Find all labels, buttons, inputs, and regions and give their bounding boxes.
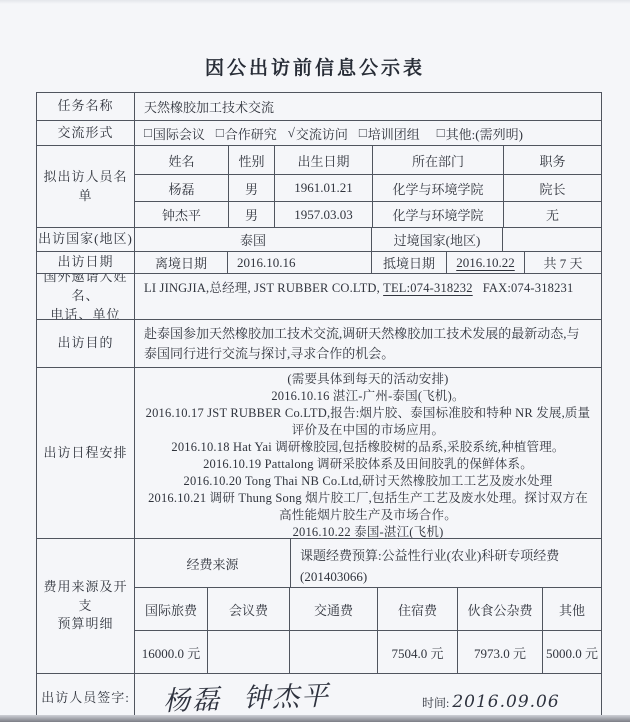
option-training-group: □ 培训团组 bbox=[359, 124, 420, 143]
schedule-line: 2016.10.19 Pattalong 调研采胶体系及田间胶乳的保鲜体系。 bbox=[142, 456, 594, 473]
schedule-line: 2016.10.17 JST RUBBER Co.LTD,报告:烟片胶、泰国标准… bbox=[142, 405, 594, 439]
destination-value: 泰国 bbox=[134, 228, 371, 251]
option-international-conference: □ 国际会议 bbox=[144, 124, 205, 143]
task-name-row: 任务名称 天然橡胶加工技术交流 bbox=[37, 93, 601, 120]
schedule-label: 出访日程安排 bbox=[37, 368, 134, 538]
budget-header-row: 国际旅费 会议费 交通费 住宿费 伙食公杂费 其他 bbox=[135, 587, 601, 630]
schedule-line: 2016.10.20 Tong Thai NB Co.Ltd,研讨天然橡胶加工工… bbox=[142, 473, 594, 490]
dates-label: 出访日期 bbox=[37, 252, 134, 273]
option-cooperative-research: □ 合作研究 bbox=[216, 124, 277, 143]
departure-date-label: 离境日期 bbox=[134, 252, 227, 273]
budget-value-lodging: 7504.0 元 bbox=[377, 631, 457, 673]
option-other: □ 其他:(需列明) bbox=[437, 124, 523, 143]
scan-edge-bottom bbox=[0, 715, 630, 722]
trip-duration: 共 7 天 bbox=[524, 252, 601, 273]
destination-row: 出访国家(地区) 泰国 过境国家(地区) bbox=[37, 227, 601, 251]
person-name: 钟杰平 bbox=[135, 202, 228, 227]
transit-value bbox=[502, 228, 601, 251]
purpose-label: 出访目的 bbox=[37, 320, 134, 367]
person-position: 无 bbox=[503, 202, 601, 227]
exchange-type-options: □ 国际会议 □ 合作研究 √ 交流访问 □ 培训团组 □ 其他:(需列明) bbox=[134, 121, 601, 145]
inviter-label: 国外邀请人姓名、 电话、单位 bbox=[37, 274, 134, 319]
inviter-value: LI JINGJIA,总经理, JST RUBBER CO.LTD, TEL:0… bbox=[134, 274, 601, 319]
person-name: 杨磊 bbox=[135, 175, 228, 201]
personnel-label: 拟出访人员名单 bbox=[37, 146, 134, 227]
personnel-table: 姓名 性别 出生日期 所在部门 职务 杨磊 男 1961.01.21 化学与环境… bbox=[134, 146, 601, 227]
handwritten-signatures: 杨磊钟杰平 bbox=[162, 674, 352, 718]
budget-project: 课题经费预算:公益性行业(农业)科研专项经费 (201403066) bbox=[290, 539, 601, 587]
purpose-row: 出访目的 赴泰国参加天然橡胶加工技术交流,调研天然橡胶加工技术发展的最新动态,与… bbox=[37, 319, 601, 367]
budget-value-conference bbox=[207, 631, 289, 673]
col-header-department: 所在部门 bbox=[372, 146, 503, 174]
checkbox-icon: □ bbox=[437, 125, 445, 141]
option-label: 国际会议 bbox=[153, 124, 205, 143]
departure-date-value: 2016.10.16 bbox=[227, 252, 371, 273]
schedule-line: 2016.10.22 泰国-湛江(飞机) bbox=[142, 524, 594, 538]
budget-section: 费用来源及开支 预算明细 经费来源 课题经费预算:公益性行业(农业)科研专项经费… bbox=[37, 538, 601, 673]
option-label: 其他:(需列明) bbox=[446, 124, 523, 143]
inviter-tel: TEL:074-318232 bbox=[383, 281, 473, 295]
budget-col-lodging: 住宿费 bbox=[377, 588, 457, 630]
option-label: 培训团组 bbox=[368, 124, 420, 143]
arrival-date-label: 抵境日期 bbox=[371, 252, 446, 273]
personnel-section: 拟出访人员名单 姓名 性别 出生日期 所在部门 职务 杨磊 男 1961.01.… bbox=[37, 145, 601, 227]
budget-table: 经费来源 课题经费预算:公益性行业(农业)科研专项经费 (201403066) … bbox=[134, 539, 601, 673]
checkbox-icon: □ bbox=[144, 125, 152, 141]
col-header-name: 姓名 bbox=[135, 146, 228, 174]
inviter-fax: FAX:074-318231 bbox=[483, 281, 574, 295]
schedule-row: 出访日程安排 (需要具体到每天的活动安排) 2016.10.16 湛江-广州-泰… bbox=[37, 367, 601, 538]
signature-name-2: 钟杰平 bbox=[243, 680, 331, 714]
scan-edge-top bbox=[0, 0, 630, 4]
budget-col-other: 其他 bbox=[542, 588, 601, 630]
budget-value-intl-travel: 16000.0 元 bbox=[135, 631, 207, 673]
budget-source-label: 经费来源 bbox=[135, 539, 290, 587]
check-icon: √ bbox=[288, 125, 295, 141]
person-department: 化学与环境学院 bbox=[372, 202, 503, 227]
inviter-row: 国外邀请人姓名、 电话、单位 LI JINGJIA,总经理, JST RUBBE… bbox=[37, 273, 601, 319]
dates-row: 出访日期 离境日期 2016.10.16 抵境日期 2016.10.22 共 7… bbox=[37, 251, 601, 273]
option-exchange-visit: √ 交流访问 bbox=[288, 124, 348, 143]
budget-source-row: 经费来源 课题经费预算:公益性行业(农业)科研专项经费 (201403066) bbox=[135, 539, 601, 587]
destination-label: 出访国家(地区) bbox=[37, 228, 134, 251]
purpose-value: 赴泰国参加天然橡胶加工技术交流,调研天然橡胶加工技术发展的最新动态,与泰国同行进… bbox=[134, 320, 601, 367]
col-header-birthdate: 出生日期 bbox=[274, 146, 372, 174]
exchange-type-row: 交流形式 □ 国际会议 □ 合作研究 √ 交流访问 □ 培训团组 bbox=[37, 120, 601, 145]
budget-col-intl-travel: 国际旅费 bbox=[135, 588, 207, 630]
personnel-row-1: 杨磊 男 1961.01.21 化学与环境学院 院长 bbox=[135, 174, 601, 201]
task-name-label: 任务名称 bbox=[37, 93, 134, 120]
col-header-position: 职务 bbox=[503, 146, 601, 174]
schedule-line: (需要具体到每天的活动安排) bbox=[142, 371, 594, 388]
signature-name-1: 杨磊 bbox=[163, 684, 222, 717]
col-header-gender: 性别 bbox=[228, 146, 274, 174]
budget-col-transport: 交通费 bbox=[289, 588, 377, 630]
budget-values-row: 16000.0 元 7504.0 元 7973.0 元 5000.0 元 bbox=[135, 630, 601, 673]
schedule-content: (需要具体到每天的活动安排) 2016.10.16 湛江-广州-泰国(飞机)。 … bbox=[134, 368, 601, 538]
inviter-main: LI JINGJIA,总经理, JST RUBBER CO.LTD, bbox=[144, 281, 380, 295]
time-label: 时间: bbox=[422, 696, 449, 710]
schedule-line: 2016.10.18 Hat Yai 调研橡胶园,包括橡胶树的品系,采胶系统,种… bbox=[142, 439, 594, 456]
exchange-type-label: 交流形式 bbox=[37, 121, 134, 145]
budget-col-conference: 会议费 bbox=[207, 588, 289, 630]
option-label: 交流访问 bbox=[296, 124, 348, 143]
schedule-line: 2016.10.16 湛江-广州-泰国(飞机)。 bbox=[142, 388, 594, 405]
person-gender: 男 bbox=[228, 175, 274, 201]
page-title: 因公出访前信息公示表 bbox=[0, 53, 630, 80]
option-label: 合作研究 bbox=[225, 124, 277, 143]
signature-time: 时间: 2016.09.06 bbox=[422, 692, 560, 712]
personnel-row-2: 钟杰平 男 1957.03.03 化学与环境学院 无 bbox=[135, 201, 601, 227]
person-position: 院长 bbox=[503, 175, 601, 201]
personnel-header-row: 姓名 性别 出生日期 所在部门 职务 bbox=[135, 146, 601, 174]
checkbox-icon: □ bbox=[359, 125, 367, 141]
budget-value-transport bbox=[289, 631, 377, 673]
person-gender: 男 bbox=[228, 202, 274, 227]
form-table: 任务名称 天然橡胶加工技术交流 交流形式 □ 国际会议 □ 合作研究 √ 交流访… bbox=[36, 92, 602, 722]
handwritten-date: 2016.09.06 bbox=[452, 692, 559, 712]
budget-value-meals: 7973.0 元 bbox=[457, 631, 542, 673]
arrival-date-value: 2016.10.22 bbox=[446, 252, 524, 273]
checkbox-icon: □ bbox=[216, 125, 224, 141]
schedule-line: 2016.10.21 调研 Thung Song 烟片胶工厂,包括生产工艺及废水… bbox=[142, 490, 594, 524]
person-birthdate: 1957.03.03 bbox=[274, 202, 372, 227]
budget-col-meals: 伙食公杂费 bbox=[457, 588, 542, 630]
budget-label: 费用来源及开支 预算明细 bbox=[37, 539, 134, 673]
task-name-value: 天然橡胶加工技术交流 bbox=[134, 93, 601, 120]
budget-value-other: 5000.0 元 bbox=[542, 631, 601, 673]
person-department: 化学与环境学院 bbox=[372, 175, 503, 201]
person-birthdate: 1961.01.21 bbox=[274, 175, 372, 201]
transit-label: 过境国家(地区) bbox=[371, 228, 502, 251]
